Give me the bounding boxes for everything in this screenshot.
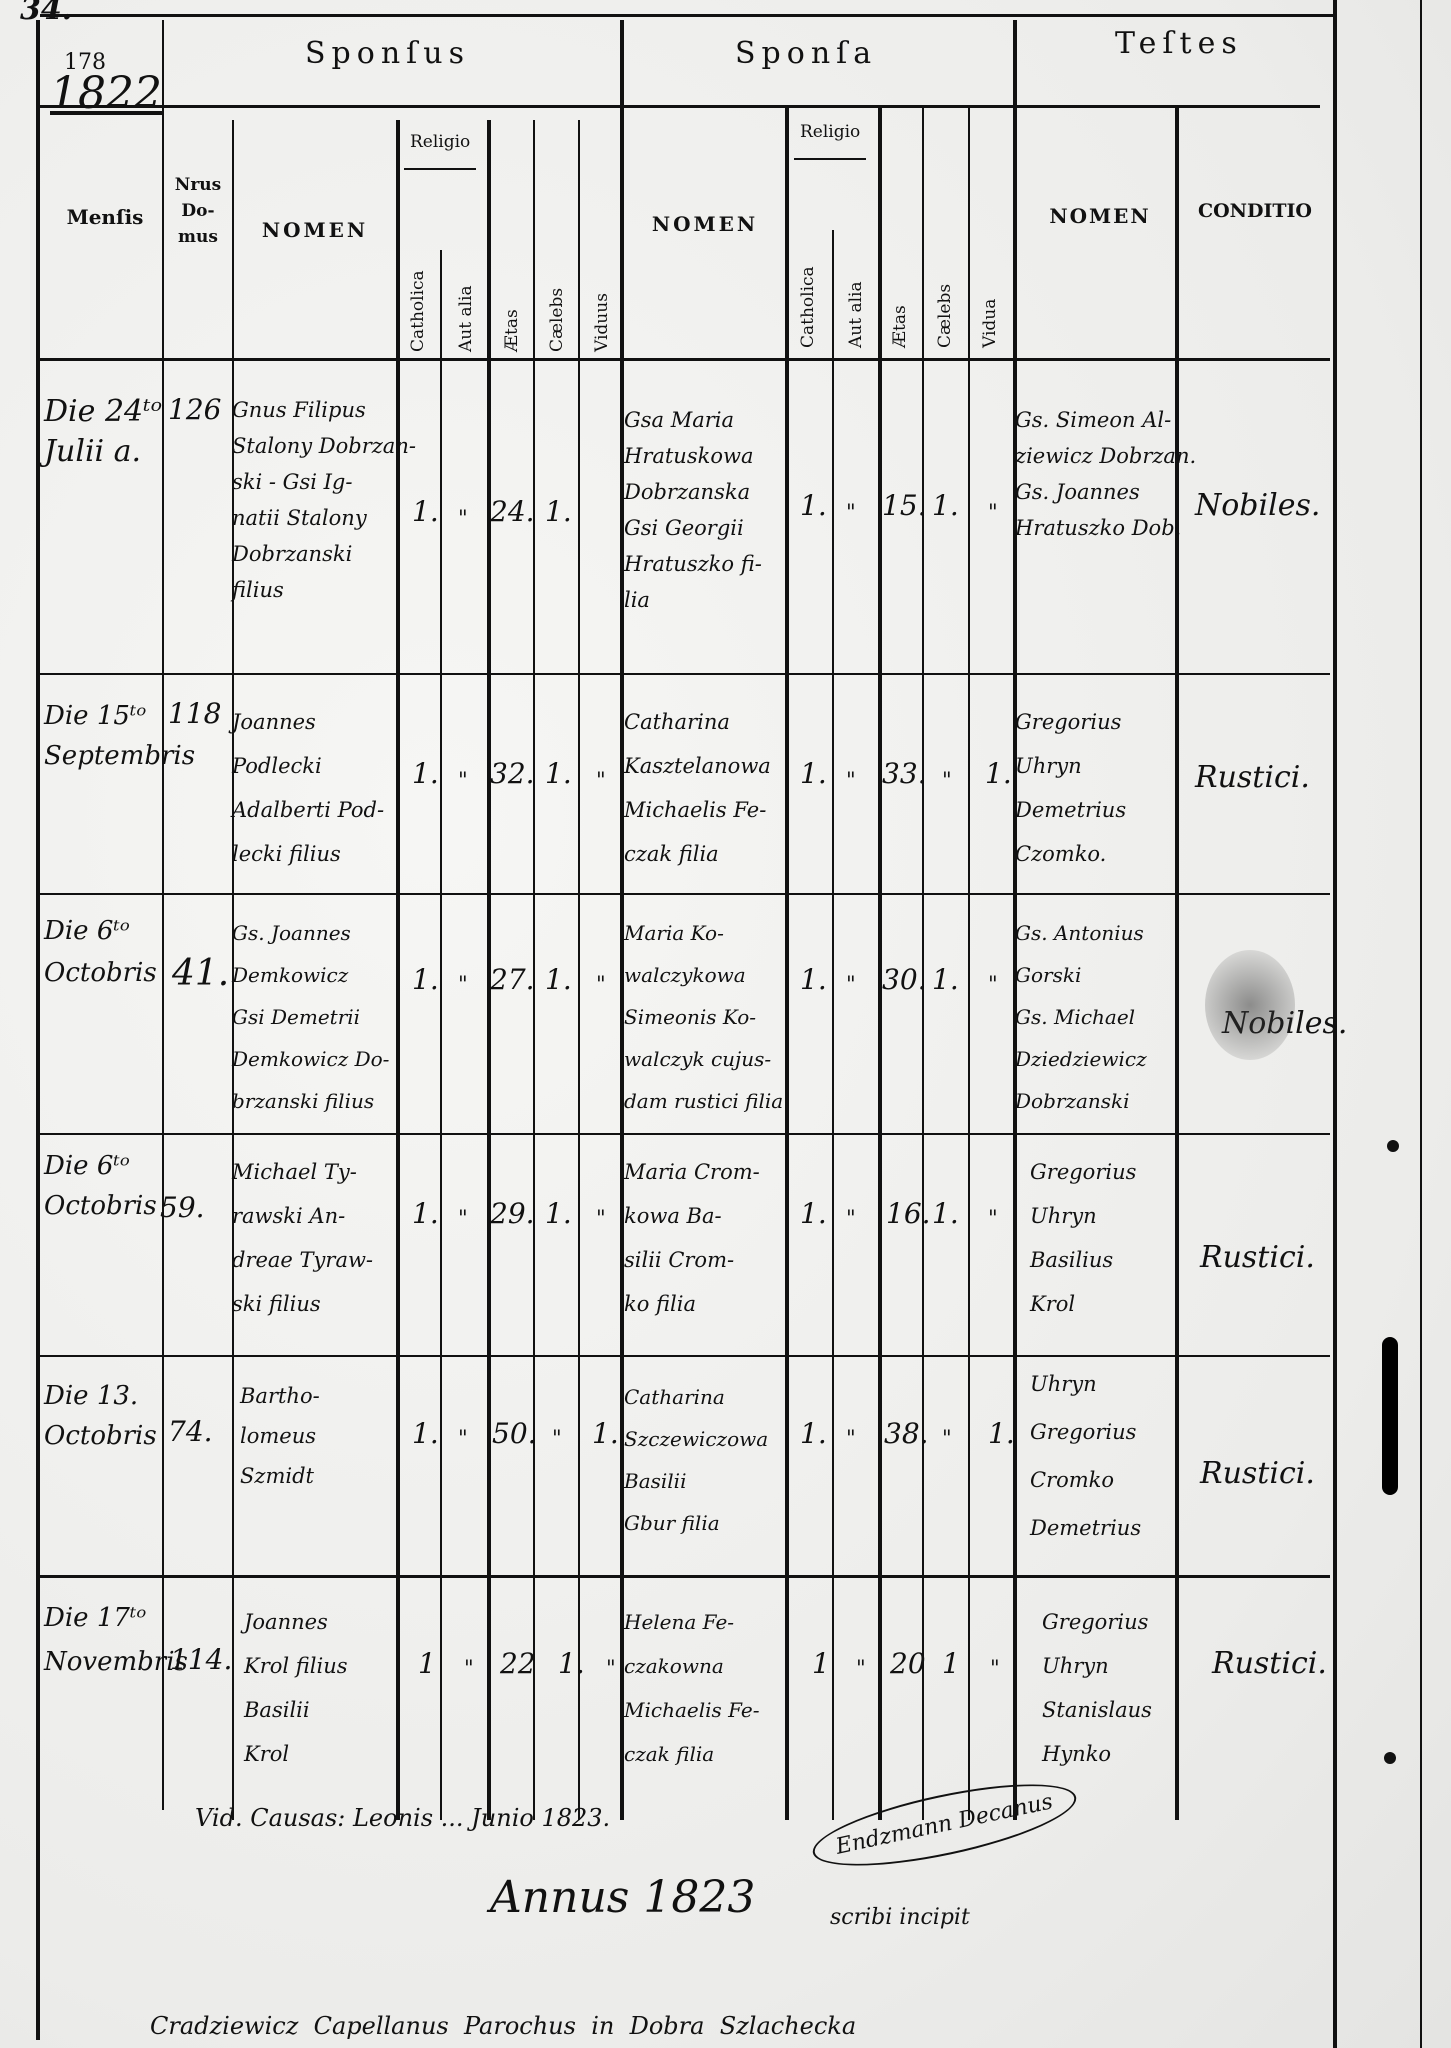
entry-testes-conditio: Rustici.: [1212, 1646, 1327, 1682]
entry-sponsus-caelebs: 1.: [545, 494, 572, 530]
entry-sponsa-vidua: 1.: [985, 756, 1012, 792]
entry-sponsa-aetas: 33.: [882, 756, 927, 792]
entry-testes-conditio: Rustici.: [1195, 760, 1310, 796]
religio-rule: [404, 168, 476, 170]
header-sponsus-aetas: Ætas: [502, 309, 522, 352]
entry-testes-nomen: Gregorius Uhryn Basilius Krol: [1030, 1150, 1136, 1326]
bottom-line: Cradziewicz Capellanus Parochus in Dobra…: [150, 2008, 856, 2044]
entry-testes-nomen: Uhryn Gregorius Cromko Demetrius: [1030, 1360, 1141, 1552]
header-sponsa-aut-alia: Aut alia: [846, 281, 866, 348]
col-rule: [396, 120, 400, 1820]
header-sponsa-aetas: Ætas: [890, 305, 910, 348]
register-page: 34. 178 1822 Sponſus Sponſa Teſtes Menſi…: [0, 0, 1451, 2048]
visitation-note: Vid. Causas: Leonis ... Junio 1823.: [195, 1800, 610, 1836]
entry-sponsus-aetas: 27.: [490, 962, 535, 998]
frame-margin: [1420, 0, 1422, 2048]
row-rule: [40, 673, 1330, 675]
entry-sponsus-catholica: 1.: [412, 756, 439, 792]
entry-testes-nomen: Gs. Antonius Gorski Gs. Michael Dziedzie…: [1015, 912, 1147, 1122]
entry-testes-conditio: Rustici.: [1200, 1456, 1315, 1492]
year-heading: Annus 1823: [490, 1880, 755, 1916]
entry-sponsus-caelebs: 1.: [545, 1196, 572, 1232]
entry-sponsa-aut-alia: ": [846, 1200, 856, 1236]
entry-sponsus-caelebs: 1.: [545, 962, 572, 998]
entry-sponsa-aut-alia: ": [846, 966, 856, 1002]
handwritten-year: 1822: [50, 68, 162, 119]
entry-sponsa-aetas: 15.: [882, 488, 927, 524]
entry-sponsa-aut-alia: ": [846, 762, 856, 798]
entry-sponsus-aut-alia: ": [458, 966, 468, 1002]
row-rule: [40, 1133, 1330, 1135]
entry-sponsus-aetas: 32.: [490, 756, 535, 792]
entry-nrus-domus: 114.: [170, 1642, 232, 1678]
entry-sponsus-viduus: 1.: [592, 1416, 619, 1452]
ink-dot: [1387, 1140, 1399, 1152]
entry-sponsa-vidua: 1.: [988, 1416, 1015, 1452]
row-rule: [40, 1575, 1330, 1578]
entry-nrus-domus: 41.: [172, 956, 229, 992]
ink-stroke: [1382, 1337, 1398, 1495]
entry-mensis: Die 6ᵗᵒ Octobris: [44, 1146, 157, 1226]
entry-sponsus-nomen: Joannes Podlecki Adalberti Pod- lecki fi…: [232, 700, 384, 876]
entry-sponsus-nomen: Bartho- lomeus Szmidt: [240, 1376, 320, 1496]
header-sponsus-caelebs: Cælebs: [547, 288, 567, 352]
rule-under-groups: [40, 105, 1320, 108]
col-rule: [785, 105, 789, 1820]
entry-sponsa-vidua: ": [988, 494, 998, 530]
entry-sponsa-catholica: 1: [812, 1646, 830, 1682]
entry-sponsus-aut-alia: ": [458, 762, 468, 798]
entry-sponsus-aut-alia: ": [458, 1200, 468, 1236]
entry-nrus-domus: 59.: [160, 1190, 205, 1226]
header-sponsus-nomen: NOMEN: [245, 218, 385, 242]
entry-sponsa-caelebs: 1.: [932, 488, 959, 524]
entry-mensis: Die 17ᵗᵒ Novembris: [44, 1596, 188, 1684]
col-rule: [968, 105, 970, 1820]
entry-sponsus-caelebs: 1.: [558, 1646, 585, 1682]
entry-sponsus-nomen: Gnus Filipus Stalony Dobrzan- ski - Gsi …: [232, 392, 416, 608]
entry-testes-nomen: Gs. Simeon Al- ziewicz Dobrzan. Gs. Joan…: [1015, 402, 1196, 546]
entry-sponsa-nomen: Helena Fe- czakowna Michaelis Fe- czak f…: [624, 1600, 760, 1776]
header-sponsa-religio: Religio: [800, 122, 860, 142]
entry-sponsa-catholica: 1.: [800, 962, 827, 998]
entry-sponsa-caelebs: 1.: [932, 962, 959, 998]
entry-mensis: Die 13. Octobris: [44, 1376, 157, 1456]
entry-sponsa-nomen: Maria Crom- kowa Ba- silii Crom- ko fili…: [624, 1150, 760, 1326]
entry-sponsa-nomen: Maria Ko- walczykowa Simeonis Ko- walczy…: [624, 912, 783, 1122]
col-rule: [578, 120, 580, 1820]
entry-sponsus-aetas: 24.: [490, 494, 535, 530]
year-heading-note: scribi incipit: [830, 1900, 970, 1936]
col-rule: [832, 230, 834, 1820]
header-sponsus-viduus: Viduus: [592, 293, 612, 352]
entry-testes-conditio: Nobiles.: [1195, 488, 1320, 524]
header-sponsus-aut-alia: Aut alia: [456, 285, 476, 352]
header-sponsa-caelebs: Cælebs: [935, 284, 955, 348]
entry-sponsus-viduus: ": [606, 1650, 616, 1686]
entry-mensis: Die 24ᵗᵒ Julii a.: [44, 392, 162, 472]
entry-sponsa-aetas: 20: [890, 1646, 926, 1682]
entry-sponsus-viduus: ": [596, 1200, 606, 1236]
rule-top: [40, 14, 1333, 17]
entry-nrus-domus: 74.: [168, 1414, 213, 1450]
entry-sponsa-aut-alia: ": [846, 494, 856, 530]
entry-sponsus-catholica: 1.: [412, 494, 439, 530]
entry-nrus-domus: 118: [168, 696, 221, 732]
entry-sponsus-aut-alia: ": [458, 500, 468, 536]
entry-sponsa-nomen: Catharina Szczewiczowa Basilii Gbur fili…: [624, 1376, 768, 1544]
header-sponsa-nomen: NOMEN: [640, 212, 770, 236]
entry-sponsa-catholica: 1.: [800, 756, 827, 792]
header-sponsa: Sponſa: [735, 36, 877, 71]
header-testes: Teſtes: [1115, 26, 1243, 61]
entry-sponsus-catholica: 1.: [412, 1196, 439, 1232]
entry-sponsa-aetas: 38.: [884, 1416, 929, 1452]
header-testes-nomen: NOMEN: [1030, 204, 1170, 228]
entry-sponsus-aetas: 22: [500, 1646, 536, 1682]
entry-sponsus-aut-alia: ": [458, 1420, 468, 1456]
frame-left: [36, 20, 40, 2040]
entry-sponsa-aut-alia: ": [846, 1420, 856, 1456]
religio-rule: [794, 158, 866, 160]
entry-sponsus-nomen: Joannes Krol filius Basilii Krol: [244, 1600, 348, 1776]
entry-sponsa-nomen: Gsa Maria Hratuskowa Dobrzanska Gsi Geor…: [624, 402, 762, 618]
entry-testes-conditio: Rustici.: [1200, 1240, 1315, 1276]
entry-sponsus-caelebs: ": [552, 1420, 562, 1456]
entry-sponsus-viduus: ": [596, 966, 606, 1002]
header-sponsus: Sponſus: [305, 36, 470, 71]
entry-sponsus-aut-alia: ": [464, 1650, 474, 1686]
entry-sponsa-catholica: 1.: [800, 1196, 827, 1232]
header-sponsus-religio: Religio: [410, 132, 470, 152]
entry-sponsa-nomen: Catharina Kasztelanowa Michaelis Fe- cza…: [624, 700, 771, 876]
col-rule: [1175, 105, 1179, 1820]
header-sponsus-catholica: Catholica: [408, 270, 428, 352]
entry-sponsa-catholica: 1.: [800, 1416, 827, 1452]
entry-sponsus-aetas: 29.: [490, 1196, 535, 1232]
entry-sponsus-aetas: 50.: [492, 1416, 537, 1452]
entry-sponsa-vidua: ": [990, 1650, 1000, 1686]
ink-dot: [1384, 1752, 1396, 1764]
entry-sponsus-viduus: ": [596, 762, 606, 798]
header-mensis: Menſis: [60, 205, 150, 229]
entry-sponsus-caelebs: 1.: [545, 756, 572, 792]
entry-testes-nomen: Gregorius Uhryn Stanislaus Hynko: [1042, 1600, 1152, 1776]
entry-sponsus-nomen: Gs. Joannes Demkowicz Gsi Demetrii Demko…: [232, 912, 389, 1122]
entry-nrus-domus: 126: [168, 392, 221, 428]
entry-sponsa-catholica: 1.: [800, 488, 827, 524]
header-sponsa-catholica: Catholica: [798, 266, 818, 348]
entry-sponsa-caelebs: ": [942, 762, 952, 798]
header-sponsa-vidua: Vidua: [980, 299, 1000, 348]
entry-mensis: Die 6ᵗᵒ Octobris: [44, 910, 157, 994]
entry-sponsus-catholica: 1.: [412, 1416, 439, 1452]
row-rule: [40, 1355, 1330, 1357]
entry-sponsa-caelebs: 1: [942, 1646, 960, 1682]
entry-testes-nomen: Gregorius Uhryn Demetrius Czomko.: [1015, 700, 1126, 876]
entry-sponsa-aetas: 30.: [882, 962, 927, 998]
entry-sponsa-vidua: ": [988, 1200, 998, 1236]
header-testes-conditio: CONDITIO: [1180, 200, 1330, 222]
col-rule: [440, 250, 442, 1820]
entry-sponsus-catholica: 1.: [412, 962, 439, 998]
row-rule: [40, 893, 1330, 895]
ink-smudge: [1205, 950, 1295, 1060]
col-rule: [162, 20, 164, 1810]
entry-sponsus-nomen: Michael Ty- rawski An- dreae Tyraw- ski …: [232, 1150, 373, 1326]
entry-sponsa-caelebs: 1.: [932, 1196, 959, 1232]
entry-sponsa-vidua: ": [988, 966, 998, 1002]
entry-sponsa-aut-alia: ": [856, 1650, 866, 1686]
entry-sponsus-catholica: 1: [418, 1646, 436, 1682]
entry-sponsa-aetas: 16.: [886, 1196, 931, 1232]
entry-sponsa-caelebs: ": [942, 1420, 952, 1456]
header-nrus-domus: Nrus Do- mus: [168, 172, 228, 250]
dean-signature: Endzmann Decanus: [807, 1768, 1083, 1883]
